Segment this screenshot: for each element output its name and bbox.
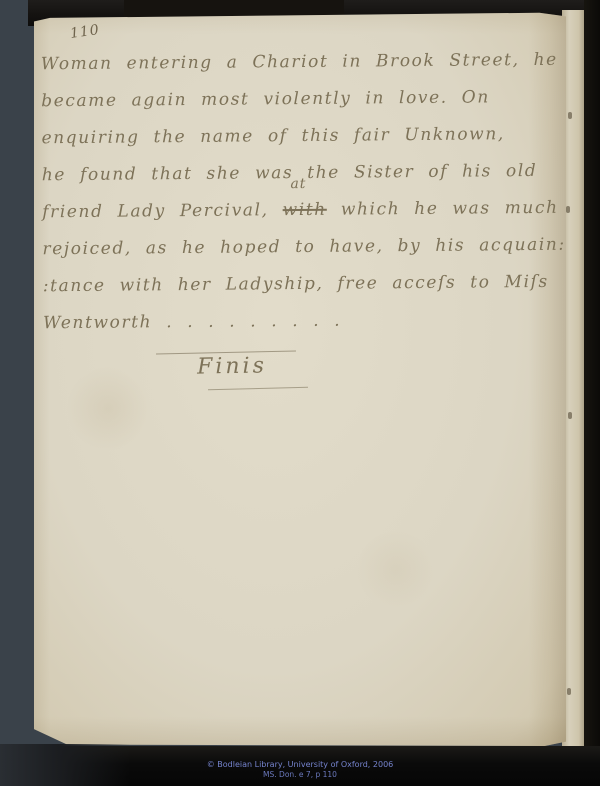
correction-group: withat bbox=[282, 192, 326, 229]
handwriting-block: Woman entering a Chariot in Brook Street… bbox=[41, 42, 564, 343]
caption-copyright: © Bodleian Library, University of Oxford… bbox=[0, 760, 600, 769]
handwriting-line: enquiring the name of this fair Unknown, bbox=[41, 116, 561, 158]
stitch-mark bbox=[567, 688, 571, 695]
handwriting-line-with-correction: friend Lady Percival, withat which he wa… bbox=[42, 190, 562, 232]
handwriting-line: Wentworth . . . . . . . . . bbox=[43, 301, 563, 343]
handwriting-line: became again most violently in love. On bbox=[41, 79, 561, 121]
handwriting-line: rejoiced, as he hoped to have, by his ac… bbox=[42, 227, 562, 269]
stitch-mark bbox=[568, 112, 572, 119]
handwriting-line: :tance with her Ladyship, free acceſs to… bbox=[43, 264, 563, 306]
page-number: 110 bbox=[69, 22, 101, 42]
book-binding-right bbox=[584, 0, 600, 786]
scan-stage: 110 Woman entering a Chariot in Brook St… bbox=[0, 0, 600, 786]
finis-underline bbox=[208, 387, 308, 391]
correction-pre-text: friend Lady Percival, bbox=[42, 200, 283, 222]
struck-word: with bbox=[283, 200, 327, 220]
finis-label: Finis bbox=[172, 353, 292, 380]
stitch-mark bbox=[568, 412, 572, 419]
correction-post-text: which he was much bbox=[327, 198, 559, 220]
inserted-word-above: at bbox=[290, 177, 306, 191]
caption-shelfmark: MS. Don. e 7, p 110 bbox=[0, 770, 600, 779]
handwriting-line: Woman entering a Chariot in Brook Street… bbox=[41, 42, 561, 84]
stitch-mark bbox=[566, 206, 570, 213]
manuscript-page: 110 Woman entering a Chariot in Brook St… bbox=[34, 12, 566, 746]
